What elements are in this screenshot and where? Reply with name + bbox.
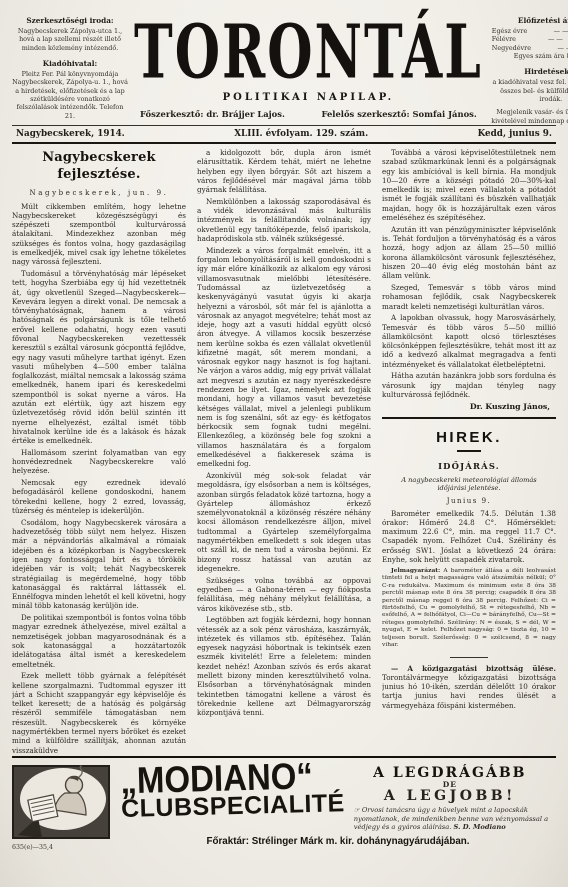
ad-slogan: A LEGDRÁGÁBB DE A LEGJOBB! ☞ Orvosi taná…	[344, 765, 556, 832]
article-dateline: Nagybecskerek, jun. 9.	[12, 189, 186, 198]
masthead-center: TORONTÁL POLITIKAI NAPILAP. Főszerkesztő…	[134, 6, 483, 125]
author-signature: Dr. Kuszing János,	[382, 402, 550, 412]
weather-legend: Jelmagyarázat: A barométer állása a déli…	[382, 567, 556, 650]
legend-text: A barométer állása a déli leolvasást tün…	[382, 568, 556, 648]
modiano-man-illustration	[12, 765, 110, 841]
advertising-text: a kiadóhivatal vesz fel. Azonkívül az ös…	[489, 78, 568, 103]
article-title: Nagybecskerek fejlesztése.	[12, 150, 186, 184]
advertisement: 635(e)—35,4 „MODIANO“ CLUBSPECIALITÉ A L…	[12, 756, 556, 851]
article-paragraph: Múlt cikkemben említém, hogy lehetne Nag…	[12, 202, 186, 267]
article-paragraph: Csodálom, hogy Nagybecskerek városára a …	[12, 518, 186, 611]
advertising-heading: Hirdetéseket	[489, 67, 568, 77]
ad-note-text: Orvosi tanácsra úgy a hüvelyek mint a la…	[354, 806, 548, 831]
office-heading: Szerkesztőségi iroda:	[12, 16, 128, 26]
article-paragraph: Legtöbben azt fogják kérdezni, hogy honn…	[197, 615, 371, 717]
article-paragraph: Szükséges volna továbbá az oppovai egyed…	[197, 576, 371, 613]
weather-intro: A nagybecskereki meteorológiai állomás i…	[382, 476, 556, 493]
publication-date: Kedd, junius 9.	[478, 129, 552, 139]
subscription-row: Egész évre — — 24 K	[489, 27, 568, 35]
office-text: Nagybecskerek Zápolya-utca 1., hová a la…	[12, 27, 128, 52]
article-paragraph: A lapokban olvassuk, hogy Marosvásárhely…	[382, 313, 556, 369]
responsible-editor: Felelős szerkesztő: Somfai János.	[321, 109, 476, 119]
column-1: Nagybecskerek fejlesztése. Nagybecskerek…	[12, 148, 186, 754]
subscription-heading: Előfizetési árak:	[489, 16, 568, 26]
chief-editor: Főszerkesztő: dr. Brájjer Lajos.	[140, 109, 285, 119]
date-row: Nagybecskerek, 1914. XLIII. évfolyam. 12…	[12, 125, 556, 144]
ad-brand: „MODIANO“ CLUBSPECIALITÉ	[120, 759, 345, 822]
volume-issue: XLIII. évfolyam. 129. szám.	[234, 129, 368, 139]
article-paragraph: Azonkívül még sok-sok feladat vár megold…	[197, 471, 371, 573]
editors-row: Főszerkesztő: dr. Brájjer Lajos. Felelős…	[134, 109, 483, 119]
news-item-text: Torontálvármegye közigazgatási bizottság…	[382, 673, 556, 710]
newspaper-title: TORONTÁL	[134, 9, 483, 96]
column-2: a kidolgozott bőr, dupla áron ismét elár…	[197, 148, 371, 754]
article-paragraph: a kidolgozott bőr, dupla áron ismét elár…	[197, 148, 371, 194]
news-item-title: — A közigazgatási bizottság ülése.	[391, 664, 556, 673]
article-paragraph: Továbbá a városi képviselőtestületnek ne…	[382, 148, 556, 222]
publisher-heading: Kiadóhivatal:	[12, 59, 128, 69]
section-rule	[382, 417, 556, 419]
ad-main: „MODIANO“ CLUBSPECIALITÉ A LEGDRÁGÁBB DE…	[116, 765, 556, 847]
weather-report: Barométer emelkedik 74.5. Délután 1.38 ó…	[382, 509, 556, 565]
subscription-row: Félévre — — 12 K	[489, 35, 568, 43]
subscription-box: Előfizetési árak: Egész évre — — 24 K Fé…	[489, 6, 568, 125]
article-paragraph: Hallomásom szerint folyamatban van egy h…	[12, 448, 186, 476]
weather-heading: IDŐJÁRÁS.	[382, 461, 556, 472]
item-divider	[450, 657, 488, 658]
article-paragraph: Nemkülönben a lakosság szaporodásával és…	[197, 197, 371, 243]
publication-schedule: Megjelenik vasár- és ünnepnapok kivételé…	[489, 108, 568, 125]
ad-slogan-line3: A LEGJOBB!	[344, 788, 556, 804]
article-columns: Nagybecskerek fejlesztése. Nagybecskerek…	[12, 148, 556, 754]
ad-illustration-block: 635(e)—35,4	[12, 765, 116, 851]
ad-slogan-line1: A LEGDRÁGÁBB	[344, 765, 556, 781]
news-item: — A közigazgatási bizottság ülése. Toron…	[382, 664, 556, 710]
ad-note: ☞ Orvosi tanácsra úgy a hüvelyek mint a …	[354, 806, 556, 832]
column-3: Továbbá a városi képviselőtestületnek ne…	[382, 148, 556, 754]
masthead: Szerkesztőségi iroda: Nagybecskerek Zápo…	[12, 6, 556, 122]
weather-date: Junius 9.	[382, 497, 556, 506]
article-paragraph: Szeged, Temesvár s több város mind roham…	[382, 283, 556, 311]
article-paragraph: Azután itt van pénzügyminiszter képvisel…	[382, 225, 556, 281]
article-paragraph: Ezek mellett több gyárnak a felépítését …	[12, 671, 186, 754]
article-paragraph: Mindezek a város forgalmát emelvén, itt …	[197, 246, 371, 469]
publisher-text: Pleitz Fer. Pál könyvnyomdája Nagybecske…	[12, 70, 128, 121]
pointing-hand-icon: ☞	[354, 806, 360, 814]
article-paragraph: De politikai szempontból is fontos volna…	[12, 613, 186, 669]
article-paragraph: Nemcsak egy ezrednek idevaló befogadásár…	[12, 478, 186, 515]
subscription-row: Negyedévre — — 6 K	[489, 44, 568, 52]
ad-maker-signature: S. D. Modiano	[454, 823, 506, 831]
publication-place: Nagybecskerek, 1914.	[16, 129, 125, 139]
article-paragraph: Tudomásul a törvényhatóság már lépéseket…	[12, 269, 186, 445]
ad-brand-name: „MODIANO“	[120, 757, 345, 798]
ad-distributor: Főraktár: Strélinger Márk m. kir. dohány…	[120, 836, 556, 847]
editorial-office-box: Szerkesztőségi iroda: Nagybecskerek Zápo…	[12, 6, 128, 125]
article-paragraph: Hátha azután hazánkra jobb sors fordulna…	[382, 371, 556, 399]
heading-underline	[457, 450, 481, 452]
ad-reference-code: 635(e)—35,4	[12, 844, 116, 851]
legend-label: Jelmagyarázat:	[391, 567, 440, 574]
news-section-heading: HIREK.	[382, 428, 556, 447]
newspaper-page: Szerkesztőségi iroda: Nagybecskerek Zápo…	[0, 0, 568, 887]
single-issue-price: Egyes szám ára 8 fillér	[489, 52, 568, 60]
